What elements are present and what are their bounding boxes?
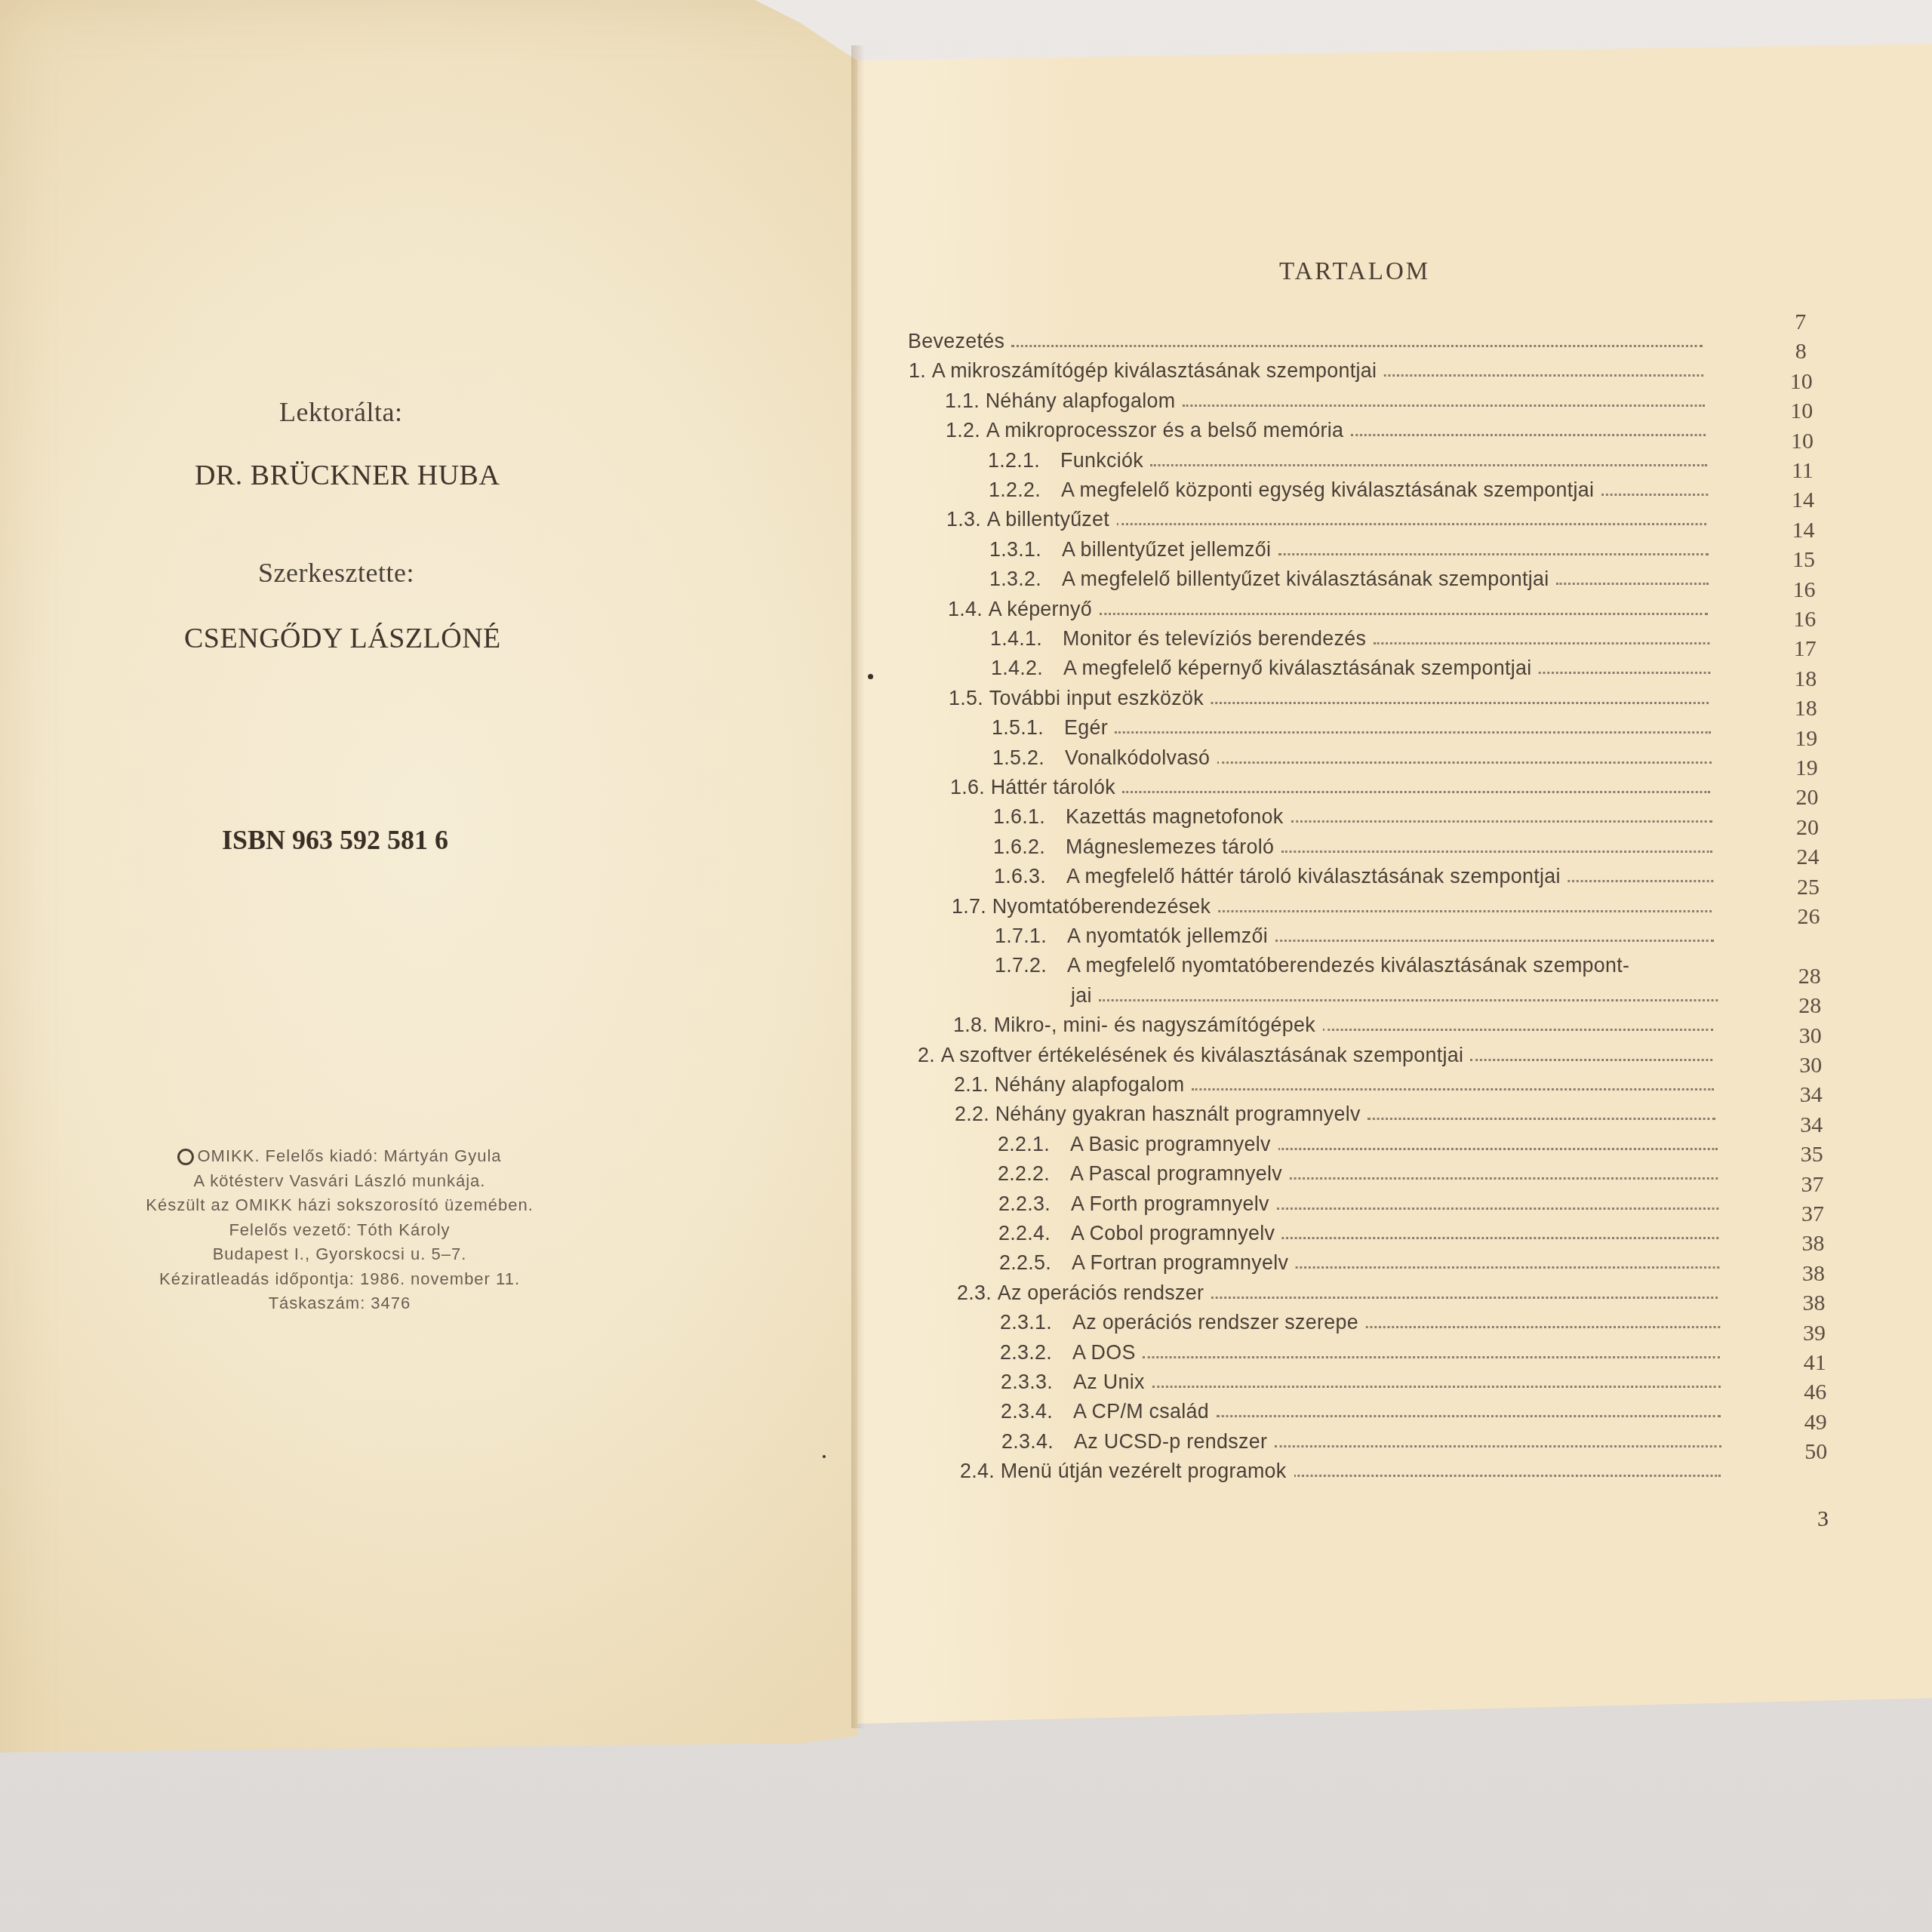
dot-leader <box>1183 405 1705 407</box>
toc-entry-number: 1.1. <box>945 389 980 413</box>
toc-page-number: 10 <box>1780 429 1825 454</box>
dot-leader <box>1278 553 1709 555</box>
toc-entry: 2.3.4.A CP/M család <box>1001 1393 1721 1423</box>
toc-entry: 2.2.Néhány gyakran használt programnyelv <box>955 1096 1715 1126</box>
toc-entry: 1.3.2.A megfelelő billentyűzet kiválaszt… <box>989 561 1709 591</box>
toc-page-number: 18 <box>1783 696 1829 721</box>
dot-leader <box>1278 1148 1717 1150</box>
toc-page-number: 50 <box>1793 1439 1838 1465</box>
toc-entry: 2.2.1.A Basic programnyelv <box>998 1126 1718 1156</box>
toc-entry: 1.7.1.A nyomtatók jellemzői <box>995 918 1715 948</box>
toc-entry-title: Mikro-, mini- és nagyszámítógépek <box>994 1013 1315 1037</box>
toc-entry-title: A Fortran programnyelv <box>1072 1251 1288 1275</box>
toc-entry-title: A Pascal programnyelv <box>1070 1161 1282 1186</box>
dot-leader <box>1323 1029 1714 1031</box>
toc-page-number: 8 <box>1778 339 1823 365</box>
toc-page-number: 19 <box>1783 726 1829 752</box>
imprint-line: Készült az OMIKK házi sokszorosító üzemé… <box>113 1193 566 1218</box>
toc-entry-number: 1. <box>909 358 926 383</box>
dot-leader <box>1275 1445 1721 1447</box>
dot-leader <box>1217 761 1712 764</box>
toc-entry: 2.2.4.A Cobol programnyelv <box>998 1215 1718 1245</box>
toc-page-number: 38 <box>1790 1231 1835 1257</box>
toc-entry-number: 1.6.1. <box>993 804 1060 829</box>
imprint-line: Budapest I., Gyorskocsi u. 5–7. <box>113 1242 566 1267</box>
toc-entry-title: A Basic programnyelv <box>1070 1132 1271 1156</box>
spine-shadow <box>851 45 865 1728</box>
toc-page-number: 15 <box>1781 547 1826 573</box>
isbn: ISBN 963 592 581 6 <box>222 824 448 856</box>
toc-entry-number: 2.3.1. <box>1000 1310 1066 1334</box>
toc-entry: 1.5.További input eszközök <box>949 680 1709 710</box>
toc-entry: 2.3.3.Az Unix <box>1001 1364 1721 1394</box>
toc-entry-number: 2.1. <box>954 1072 989 1097</box>
toc-entry-title: Az operációs rendszer <box>998 1281 1204 1305</box>
dot-leader <box>1117 523 1706 525</box>
dot-leader <box>1099 999 1718 1001</box>
toc-page-number: 7 <box>1778 309 1823 335</box>
toc-entry: 1.4.1.Monitor és televíziós berendezés <box>990 620 1709 651</box>
toc-entry-title: A nyomtatók jellemzői <box>1067 924 1268 948</box>
toc-entry-title: Kazettás magnetofonok <box>1066 804 1283 829</box>
toc-entry-number: 1.5.2. <box>992 746 1059 770</box>
toc-entry-number: 2.3.4. <box>1001 1429 1068 1454</box>
toc-page-number: 16 <box>1782 577 1827 603</box>
dot-leader <box>1211 702 1709 704</box>
dot-leader <box>1374 642 1710 645</box>
dot-leader <box>1291 820 1712 823</box>
toc-entry-title: Vonalkódolvasó <box>1065 746 1210 770</box>
toc-entry-title: jai <box>1071 983 1092 1008</box>
toc-page-number: 35 <box>1789 1142 1835 1168</box>
toc-entry-title: A megfelelő háttér tároló kiválasztásána… <box>1066 864 1561 888</box>
dot-leader <box>1115 731 1712 734</box>
toc-entry-number: 1.6.3. <box>994 864 1060 888</box>
dot-leader <box>1012 345 1703 347</box>
toc-entry: 1.2.2.A megfelelő központi egység kivála… <box>989 472 1708 502</box>
toc-entry-number: 2.2.1. <box>998 1132 1064 1156</box>
toc-entry: 1.6.Háttér tárolók <box>950 769 1710 799</box>
toc-entry-number: 1.3.1. <box>989 537 1056 561</box>
toc-entry-number: 1.6. <box>950 775 985 799</box>
toc-page-number: 16 <box>1782 607 1827 632</box>
toc-page-number: 14 <box>1781 518 1826 543</box>
toc-entry: 1.6.2.Mágneslemezes tároló <box>993 829 1713 859</box>
toc-entry: 1.5.2.Vonalkódolvasó <box>992 740 1712 770</box>
toc-page-number: 24 <box>1785 844 1830 870</box>
toc-page-number: 30 <box>1788 1053 1833 1078</box>
toc-page-number: 11 <box>1780 458 1825 484</box>
toc-entry-title: Bevezetés <box>908 329 1004 353</box>
toc-entry: 1.6.1.Kazettás magnetofonok <box>993 798 1713 829</box>
toc-entry: 1.6.3.A megfelelő háttér tároló kiválasz… <box>994 858 1714 888</box>
toc-entry-number: 2.3.4. <box>1001 1399 1067 1423</box>
toc-entry-title: A Cobol programnyelv <box>1071 1221 1275 1245</box>
reviewer-label: Lektorálta: <box>279 396 402 428</box>
imprint-line: OMIKK. Felelős kiadó: Mártyán Gyula <box>113 1144 566 1169</box>
toc-entry-title: A Forth programnyelv <box>1071 1192 1269 1216</box>
toc-entry-title: A mikroszámítógép kiválasztásának szempo… <box>931 358 1377 383</box>
toc-entry-title: A CP/M család <box>1073 1399 1209 1423</box>
imprint-line: A kötésterv Vasvári László munkája. <box>113 1169 566 1194</box>
toc-page-number: 38 <box>1791 1261 1836 1287</box>
dot-leader <box>1123 791 1711 793</box>
toc-page-number: 10 <box>1779 369 1824 395</box>
toc-entry-title: A DOS <box>1072 1340 1136 1364</box>
toc-page-number: 10 <box>1779 398 1824 424</box>
toc-entry-number: 1.4. <box>948 597 983 621</box>
toc-entry-number: 1.4.2. <box>991 656 1057 680</box>
toc-entry-title: Monitor és televíziós berendezés <box>1063 626 1366 651</box>
dot-leader <box>1367 1118 1715 1120</box>
toc-entry-title: Az UCSD-p rendszer <box>1074 1429 1267 1454</box>
toc-entry-number: 1.7. <box>952 894 986 918</box>
dot-leader <box>1192 1088 1715 1091</box>
dot-leader <box>1365 1326 1719 1328</box>
imprint: OMIKK. Felelős kiadó: Mártyán Gyula A kö… <box>113 1144 566 1316</box>
toc-entry-title: Néhány alapfogalom <box>995 1072 1185 1097</box>
toc-entry-number: 2.2.4. <box>998 1221 1065 1245</box>
toc-entry-title: Néhány gyakran használt programnyelv <box>995 1102 1361 1126</box>
toc-entry: 1.2.A mikroprocesszor és a belső memória <box>946 412 1706 442</box>
toc-entry: 2.2.3.A Forth programnyelv <box>998 1186 1718 1216</box>
dot-leader <box>1567 880 1713 882</box>
paper-speck <box>868 674 873 679</box>
toc-entry-title: Néhány alapfogalom <box>986 389 1176 413</box>
toc-entry: 2.2.2.A Pascal programnyelv <box>998 1155 1718 1186</box>
toc-entry-number: 2.2.5. <box>999 1251 1066 1275</box>
toc-entry-number: 1.2.1. <box>988 448 1054 472</box>
toc-entry: 1.7.2.A megfelelő nyomtatóberendezés kiv… <box>995 947 1715 977</box>
dot-leader <box>1152 1386 1721 1388</box>
toc-page-number: 34 <box>1789 1112 1834 1138</box>
toc-entry-title: A szoftver értékelésének és kiválasztásá… <box>941 1043 1464 1067</box>
toc-entry-number: 2.2.2. <box>998 1161 1064 1186</box>
imprint-line: Táskaszám: 3476 <box>113 1291 566 1316</box>
toc-entry-title: További input eszközök <box>989 686 1204 710</box>
toc-entry-title: Nyomtatóberendezések <box>992 894 1211 918</box>
toc-entry-number: 2.3. <box>957 1281 992 1305</box>
toc-entry-number: 1.2.2. <box>989 478 1055 502</box>
toc-title: TARTALOM <box>1279 258 1430 286</box>
toc-entry: 1.5.1.Egér <box>992 709 1712 740</box>
dot-leader <box>1383 374 1703 377</box>
dot-leader <box>1539 672 1710 674</box>
toc-entry-title: Mágneslemezes tároló <box>1066 835 1274 859</box>
toc-entry-number: 1.7.2. <box>995 953 1061 977</box>
editor-label: Szerkesztette: <box>258 557 414 589</box>
toc-entry-number: 1.5.1. <box>992 715 1058 740</box>
toc-entry-title: A billentyűzet jellemzői <box>1062 537 1271 561</box>
dot-leader <box>1151 464 1708 466</box>
toc-entry: 2.1.Néhány alapfogalom <box>954 1066 1715 1097</box>
reviewer-name: DR. BRÜCKNER HUBA <box>195 459 500 492</box>
dot-leader <box>1296 1266 1719 1269</box>
toc-page-number: 30 <box>1788 1023 1833 1049</box>
toc-entry-title: A megfelelő képernyő kiválasztásának sze… <box>1063 656 1531 680</box>
toc-entry-number: 2.4. <box>960 1459 995 1483</box>
dot-leader <box>1350 434 1705 436</box>
dot-leader <box>1275 940 1714 942</box>
dot-leader <box>1281 851 1713 853</box>
dot-leader <box>1471 1059 1713 1061</box>
toc-page-number: 37 <box>1789 1172 1835 1198</box>
toc-entry-title: Az operációs rendszer szerepe <box>1072 1310 1358 1334</box>
toc-page-number: 34 <box>1789 1082 1834 1108</box>
toc-page-number: 19 <box>1784 755 1829 781</box>
toc-page-number: 49 <box>1793 1410 1838 1435</box>
toc-entry-title: Háttér tárolók <box>991 775 1115 799</box>
imprint-line: Kéziratleadás időpontja: 1986. november … <box>113 1267 566 1292</box>
dot-leader <box>1217 1415 1721 1417</box>
toc-page-number: 17 <box>1783 636 1828 662</box>
paper-speck <box>823 1455 826 1458</box>
toc-page-number: 14 <box>1780 488 1826 513</box>
toc-page-number: 28 <box>1787 993 1832 1019</box>
toc-page-number: 20 <box>1785 815 1830 841</box>
toc-page-number: 39 <box>1792 1321 1837 1346</box>
toc-entry-number: 1.7.1. <box>995 924 1061 948</box>
dot-leader <box>1099 613 1708 615</box>
dot-leader <box>1211 1297 1718 1299</box>
toc-entry: 2.A szoftver értékelésének és kiválasztá… <box>918 1037 1713 1067</box>
toc-entry: 2.3.Az operációs rendszer <box>957 1275 1718 1305</box>
toc-page-number: 26 <box>1786 904 1832 930</box>
toc-entry-title: A képernyő <box>989 597 1092 621</box>
toc-entry: 2.3.2.A DOS <box>1000 1334 1720 1364</box>
dot-leader <box>1218 910 1712 912</box>
toc-entry-continuation: jai <box>1071 977 1718 1008</box>
page-number: 3 <box>1817 1506 1829 1532</box>
toc-entry-title: A megfelelő központi egység kiválasztásá… <box>1061 478 1594 502</box>
dot-leader <box>1282 1237 1718 1239</box>
toc-entry-title: Menü útján vezérelt programok <box>1000 1459 1286 1483</box>
toc-entry: 2.3.1.Az operációs rendszer szerepe <box>1000 1304 1720 1334</box>
toc-entry-title: A megfelelő billentyűzet kiválasztásának… <box>1062 567 1549 591</box>
toc-entry-number: 1.6.2. <box>993 835 1060 859</box>
toc-entry-number: 1.4.1. <box>990 626 1057 651</box>
toc-entry: 1.4.2.A megfelelő képernyő kiválasztásán… <box>991 650 1710 680</box>
toc-entry: 2.2.5.A Fortran programnyelv <box>999 1244 1719 1275</box>
toc-entry-number: 2.3.2. <box>1000 1340 1066 1364</box>
imprint-line: Felelős vezető: Tóth Károly <box>113 1218 566 1243</box>
toc-entry-title: A mikroprocesszor és a belső memória <box>986 418 1343 442</box>
editor-name: CSENGŐDY LÁSZLÓNÉ <box>184 622 501 655</box>
dot-leader <box>1276 1207 1718 1210</box>
dot-leader <box>1290 1177 1718 1180</box>
toc-entry-number: 1.5. <box>949 686 983 710</box>
toc-entry: 2.3.4.Az UCSD-p rendszer <box>1001 1423 1721 1454</box>
dot-leader <box>1556 583 1709 585</box>
toc-page-number: 20 <box>1784 785 1829 811</box>
toc-entry-number: 1.3.2. <box>989 567 1056 591</box>
toc-entry-number: 1.2. <box>946 418 980 442</box>
toc-entry-title: Az Unix <box>1073 1370 1145 1394</box>
toc-entry-title: Funkciók <box>1060 448 1143 472</box>
toc-entry: 1.2.1.Funkciók <box>988 442 1707 472</box>
toc-entry-number: 1.8. <box>953 1013 988 1037</box>
toc-page-number: 38 <box>1792 1291 1837 1316</box>
toc-page-number: 41 <box>1792 1350 1838 1376</box>
toc-entry-number: 1.3. <box>946 507 981 531</box>
toc-entry-number: 2.3.3. <box>1001 1370 1067 1394</box>
toc-entry: 1.1.Néhány alapfogalom <box>945 383 1705 413</box>
toc-entry-title: A billentyűzet <box>987 507 1109 531</box>
toc-entry: 1.7.Nyomtatóberendezések <box>952 888 1712 918</box>
toc-entry-number: 2.2.3. <box>998 1192 1065 1216</box>
toc-page-number: 37 <box>1790 1201 1835 1227</box>
toc-entry: 2.4.Menü útján vezérelt programok <box>960 1453 1721 1483</box>
dot-leader <box>1601 494 1708 496</box>
toc-page-number: 25 <box>1786 875 1831 900</box>
copyright-icon <box>177 1149 194 1165</box>
toc-entry: 1.4.A képernyő <box>948 591 1708 621</box>
toc-page-number: 18 <box>1783 666 1828 692</box>
toc-page-number: 46 <box>1792 1380 1838 1405</box>
toc-entry-number: 2.2. <box>955 1102 989 1126</box>
dot-leader <box>1294 1475 1721 1477</box>
toc-entry: 1.3.A billentyűzet <box>946 501 1706 531</box>
toc-entry: Bevezetés <box>908 323 1703 353</box>
toc-entry: 1.8.Mikro-, mini- és nagyszámítógépek <box>953 1007 1713 1037</box>
toc-entry: 1.A mikroszámítógép kiválasztásának szem… <box>909 352 1703 383</box>
toc-page-number: 28 <box>1787 964 1832 989</box>
toc-entry-title: A megfelelő nyomtatóberendezés kiválaszt… <box>1067 953 1629 977</box>
toc-entry-title: Egér <box>1064 715 1108 740</box>
toc-entry-number: 2. <box>918 1043 935 1067</box>
toc-entry: 1.3.1.A billentyűzet jellemzői <box>989 531 1709 561</box>
dot-leader <box>1143 1356 1721 1358</box>
